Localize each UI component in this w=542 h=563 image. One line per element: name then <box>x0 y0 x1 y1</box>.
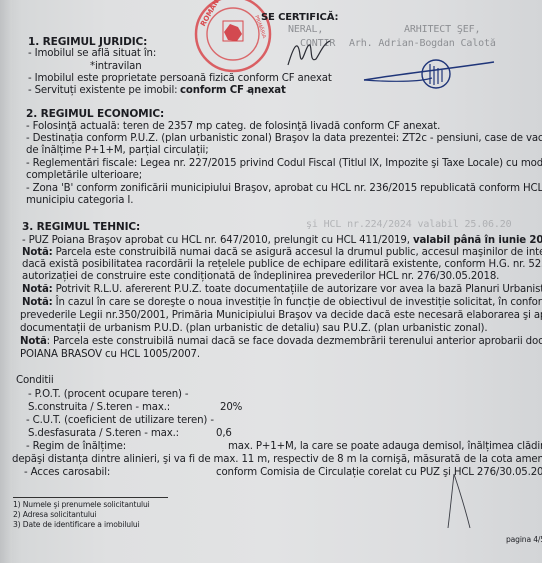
text-line: - Zona 'B' conform zonificării municipiu… <box>26 183 542 194</box>
text-line: - Folosinţă actuală: teren de 2357 mp ca… <box>26 121 440 132</box>
note-line: documentații de urbanism P.U.D. (plan ur… <box>20 323 487 334</box>
section-title-regim-tehnic: 3. REGIMUL TEHNIC: <box>22 221 140 233</box>
cut-value: 0,6 <box>216 428 232 439</box>
note-line: Notă: Parcela este construibilă numai da… <box>22 247 542 258</box>
architect-title: ARHITECT ŞEF, <box>404 24 480 35</box>
signature-small-icon <box>280 35 340 75</box>
note-line: prevederile Legii nr.350/2001, Primăria … <box>20 310 542 321</box>
note-label: Notă <box>20 336 47 347</box>
note-line: POIANA BRASOV cu HCL 1005/2007. <box>20 349 200 360</box>
footnote: 1) Numele şi prenumele solicitantului <box>13 500 150 509</box>
note-text: : Parcela este construibilă numai dacă s… <box>47 336 542 347</box>
footnote-divider <box>13 497 168 498</box>
note-label: Notă: <box>22 284 53 295</box>
text-line: - Destinația conform P.U.Z. (plan urbani… <box>26 133 542 144</box>
note-label: Notă: <box>22 297 53 308</box>
pot-sub-label: S.construita / S.teren - max.: <box>28 402 170 413</box>
note-text: Potrivit R.L.U. afererent P.U.Z. toate d… <box>53 284 542 295</box>
puz-line: - PUZ Poiana Braşov aprobat cu HCL nr. 6… <box>22 235 542 246</box>
section-title-regim-economic: 2. REGIMUL ECONOMIC: <box>26 108 164 120</box>
puz-valid-text: valabil până în iunie 2024; <box>413 235 542 246</box>
text-line: de înălțime P+1+M, parțial circulații; <box>26 145 209 156</box>
text-line: municipiu categoria I. <box>26 195 133 206</box>
note-line: autorizației de construire este condițio… <box>22 271 499 282</box>
cut-sub-label: S.desfasurata / S.teren - max.: <box>28 428 179 439</box>
note-text: documentații de urbanism P.U.D. (plan ur… <box>20 323 487 334</box>
faint-header-text: NERAL, <box>288 24 323 35</box>
footnote: 2) Adresa solicitantului <box>13 510 97 519</box>
regim-value: max. P+1+M, la care se poate adauga demi… <box>228 441 542 452</box>
note-line: Notă: În cazul în care se doreşte o noua… <box>22 297 542 308</box>
note-text: În cazul în care se doreşte o noua inves… <box>53 297 542 308</box>
regim-label: - Regim de înălțime: <box>26 441 126 452</box>
note-text: autorizației de construire este condițio… <box>22 271 499 282</box>
regim-continuation: depăşi distanța dintre alinieri, şi va f… <box>12 454 542 465</box>
se-certifica-heading: SE CERTIFICĂ: <box>261 12 338 23</box>
section-title-regim-juridic: 1. REGIMUL JURIDIC: <box>28 36 147 48</box>
text-line: - Imobilul este proprietate persoană fiz… <box>28 73 332 84</box>
footnote: 3) Date de identificare a imobilului <box>13 520 140 529</box>
paper-fold-shadow <box>0 0 12 563</box>
note-text: dacă există posibilitatea racordării la … <box>22 259 542 270</box>
text-line: - Servituți existente pe imobil: <box>28 85 177 96</box>
note-text: POIANA BRASOV cu HCL 1005/2007. <box>20 349 200 360</box>
pot-value: 20% <box>220 402 242 413</box>
acces-label: - Acces carosabil: <box>24 467 110 478</box>
note-label: Notă: <box>22 247 53 258</box>
note-line: Notă: Parcela este construibilă numai da… <box>20 336 542 347</box>
note-line: Notă: Potrivit R.L.U. afererent P.U.Z. t… <box>22 284 542 295</box>
text-line: - Imobilul se află situat în: <box>28 48 156 59</box>
puz-text: - PUZ Poiana Braşov aprobat cu HCL nr. 6… <box>22 235 413 246</box>
architect-name: Arh. Adrian-Bogdan Calotă <box>349 38 496 49</box>
text-line: - Reglementări fiscale: Legea nr. 227/20… <box>26 158 542 169</box>
pot-label: - P.O.T. (procent ocupare teren) - <box>28 389 188 400</box>
text-line: conform CF anexat <box>180 85 286 96</box>
text-line: –; <box>246 86 254 97</box>
text-line: completările ulterioare; <box>26 170 142 181</box>
faint-overprint: şi HCL nr.224/2024 valabil 25.06.20 <box>306 219 511 230</box>
page-number: pagina 4/5 <box>506 535 542 544</box>
document-page: ROMÂNIA PRIMĂRIA SE CERTIFICĂ: NERAL, AR… <box>0 0 542 563</box>
cut-label: - C.U.T. (coeficient de utilizare teren)… <box>26 415 214 426</box>
note-text: Parcela este construibilă numai dacă se … <box>53 247 542 258</box>
text-line: *intravilan <box>90 61 142 72</box>
signature-stroke-icon <box>440 472 480 532</box>
note-text: prevederile Legii nr.350/2001, Primăria … <box>20 310 542 321</box>
note-line: dacă există posibilitatea racordării la … <box>22 259 542 270</box>
signature-architect-icon <box>360 52 500 92</box>
conditions-title: Conditii <box>16 375 54 386</box>
acces-value: conform Comisia de Circulație corelat cu… <box>216 467 542 478</box>
